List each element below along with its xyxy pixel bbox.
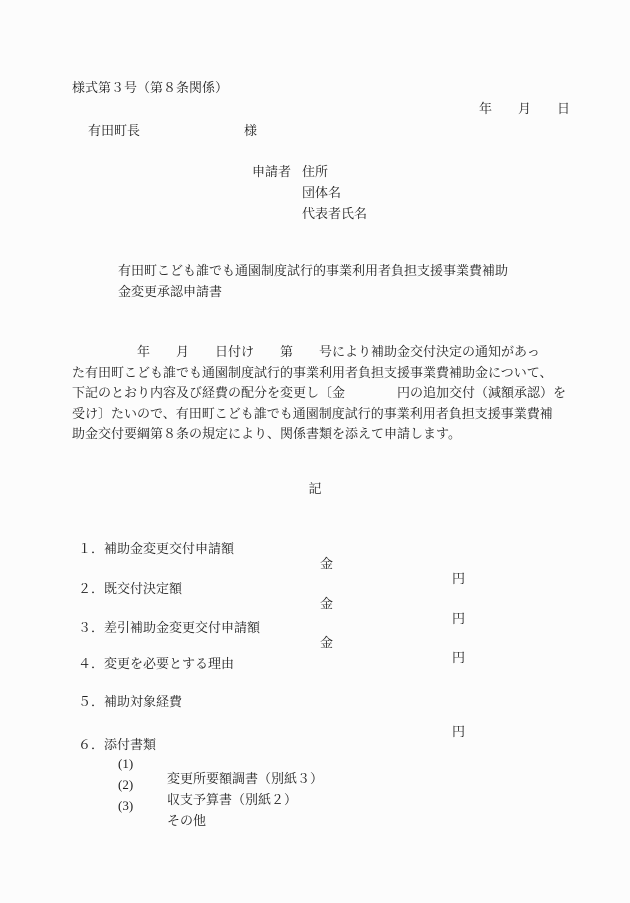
body-paragraph: 年 月 日付け 第 号により補助金交付決定の通知があっ た有田町こども誰でも通園… [72,342,592,445]
document-title: 有田町こども誰でも通園制度試行的事業利用者負担支援事業費補助 金変更承認申請書 [118,260,578,302]
item-row-2: ２．既交付決定額 金 円 [0,567,630,585]
item-row-6: ６．添付書類 [0,723,630,741]
item-label: ４．変更を必要とする理由 [78,657,234,672]
date-line: 年 月 日 [479,102,570,117]
item-label: ５．補助対象経費 [78,695,182,710]
applicant-address-label: 住所 [302,165,328,180]
item-row-1: １．補助金変更交付申請額 金 円 [0,527,630,545]
addressee-honorific: 様 [244,124,257,139]
record-mark: 記 [0,482,630,497]
attachment-row-1: (1) 変更所要額調書（別紙３） [0,742,630,760]
applicant-label: 申請者 [252,165,291,180]
item-label: １．補助金変更交付申請額 [78,542,234,557]
attachment-row-2: (2) 収支予算書（別紙２） [0,763,630,781]
applicant-representative-label: 代表者氏名 [302,207,367,222]
item-label: ３．差引補助金変更交付申請額 [78,621,260,636]
applicant-organization-label: 団体名 [302,186,341,201]
attachment-label: その他 [167,814,206,829]
attachment-row-3: (3) その他 [0,784,630,802]
addressee-name: 有田町長 [88,124,140,139]
document-page: 様式第３号（第８条関係） 年 月 日 有田町長 様 申請者 住所 団体名 代表者… [0,0,630,903]
item-row-4: ４．変更を必要とする理由 [0,642,630,660]
item-row-3: ３．差引補助金変更交付申請額 金 円 [0,606,630,624]
item-row-5: ５．補助対象経費 円 [0,680,630,698]
item-label: ２．既交付決定額 [78,582,182,597]
attachment-number: (3) [118,799,133,814]
form-number: 様式第３号（第８条関係） [72,81,228,96]
